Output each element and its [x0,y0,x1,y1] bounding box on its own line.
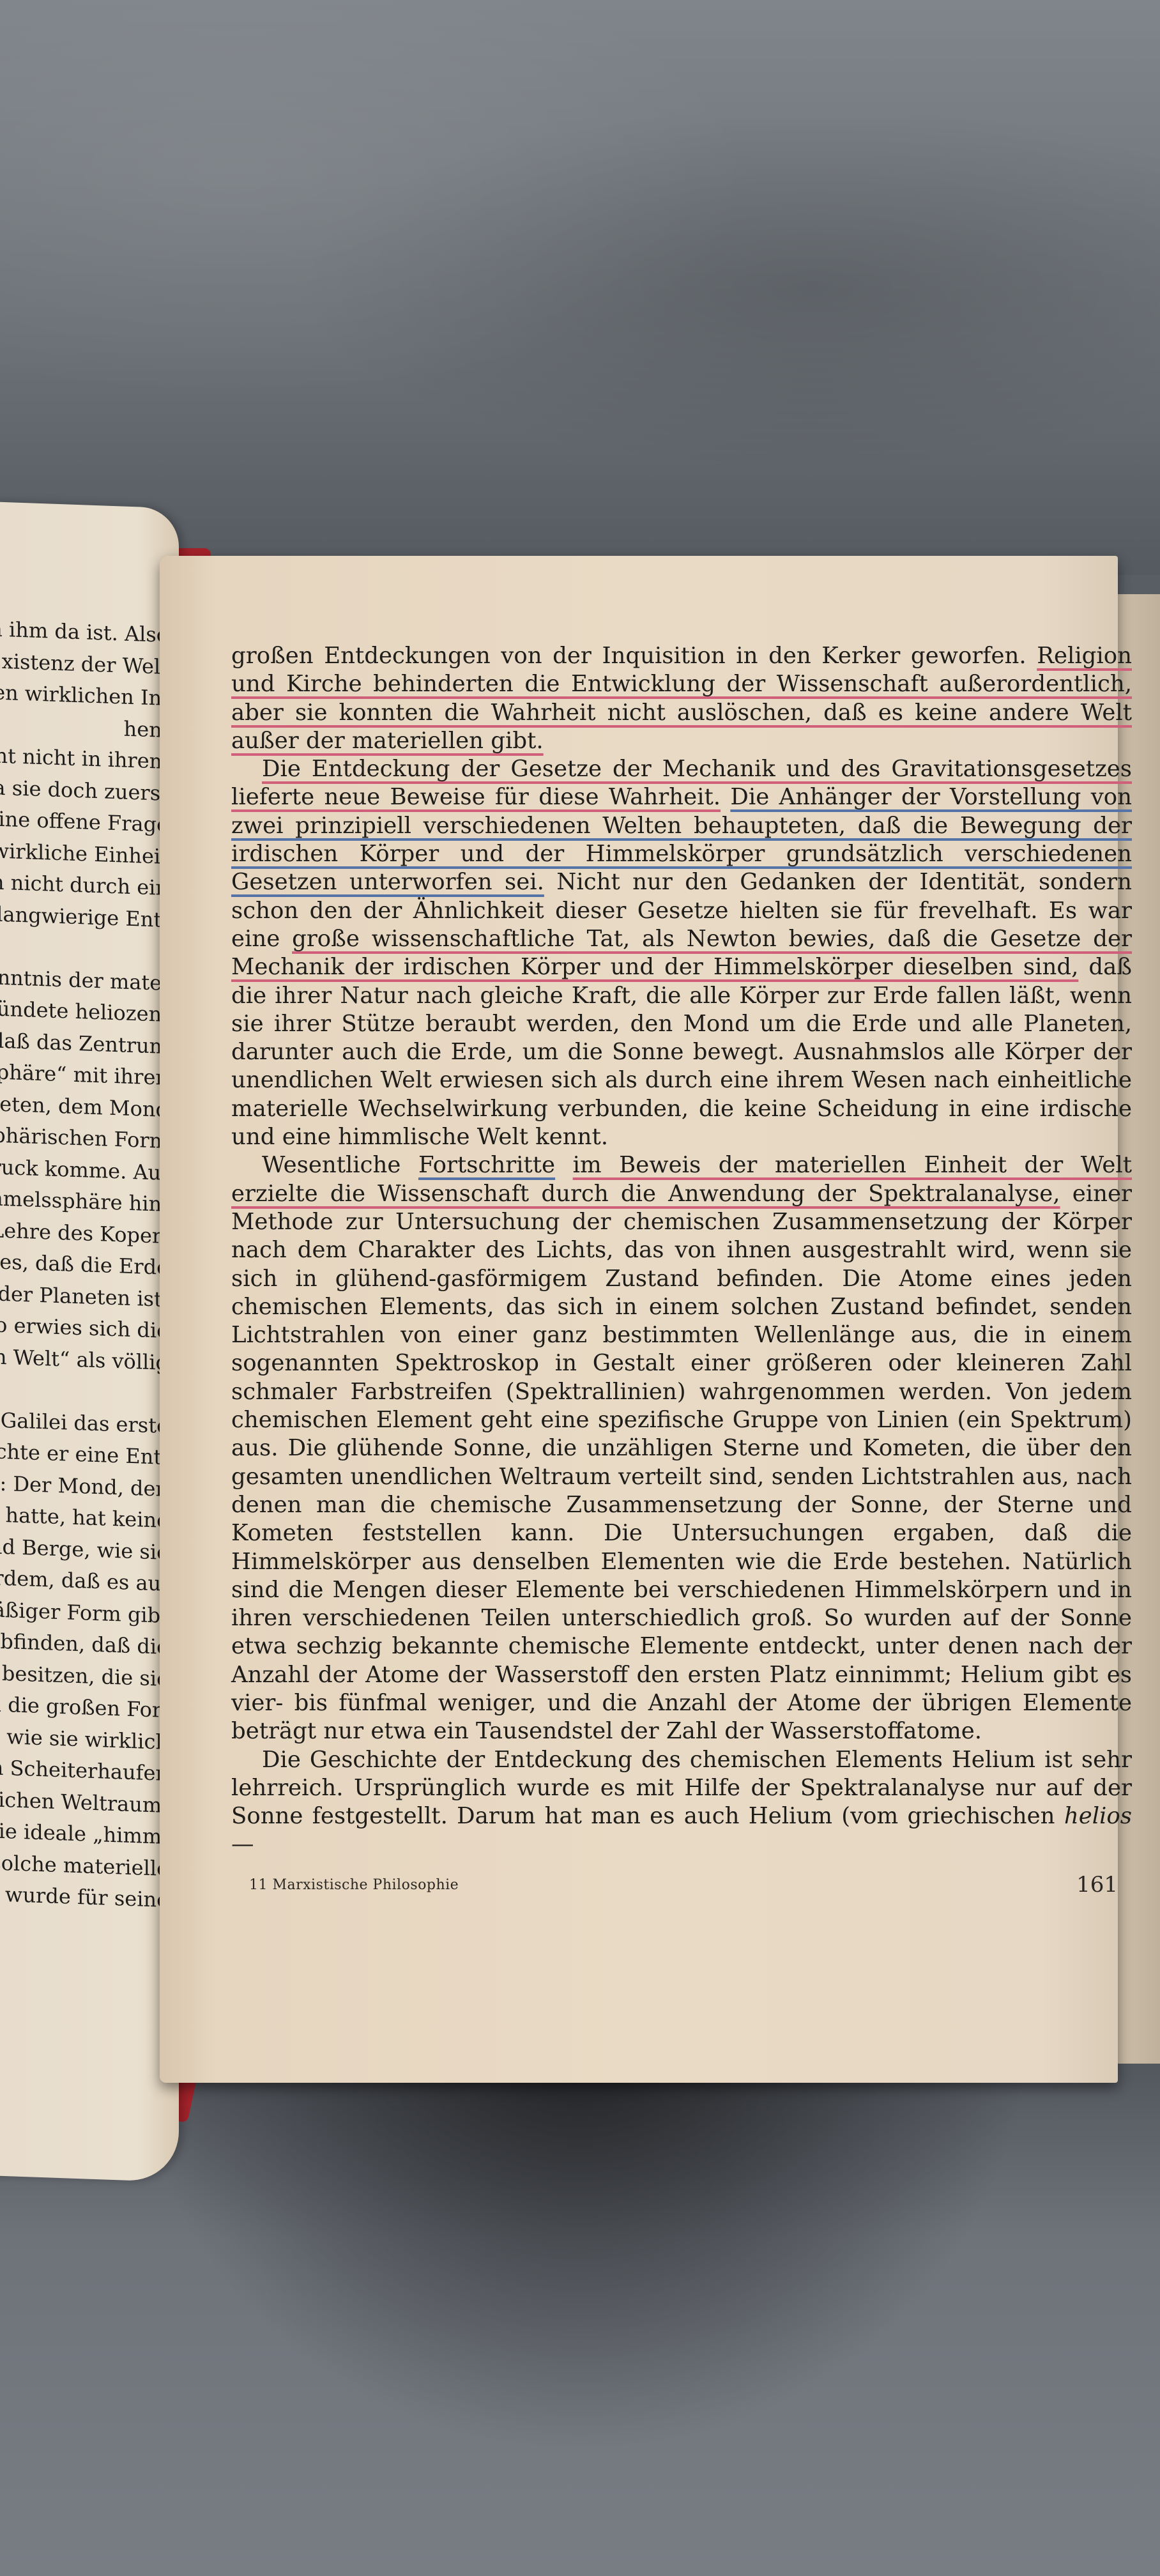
left-page-line: n ihm da ist. Also [0,617,169,647]
left-page-line: eng sphärischen Form [0,1121,169,1153]
left-page-line: l ebensolche materielle [0,1848,169,1880]
text-run [555,1152,573,1178]
signature-mark: 11 Marxistische Philosophie [249,1877,459,1893]
left-page-line: den wirklichen In- [0,680,169,710]
left-page-line: äler und Berge, wie sie [0,1531,169,1564]
left-page-line: eht nicht in ihrem [0,743,169,774]
page-number: 161 [1076,1872,1118,1897]
textured-wall-background [0,0,1160,575]
left-page-line: enheit besitzen, die sie [0,1658,169,1690]
left-page-line: nken abfinden, daß die [0,1627,169,1659]
left-page-line: auf dem Scheiterhaufen [0,1752,169,1786]
text-run: Wesentliche [262,1152,418,1178]
left-page-line: te. So erwies sich die [0,1311,169,1343]
left-page-line: Planeten, dem Mond [0,1090,169,1122]
text-run: — [231,1831,254,1857]
left-page: n ihm da ist. AlsoExistenz der Weltden w… [0,501,179,2182]
text-run: Die Geschichte der Entdeckung des chemis… [231,1747,1132,1830]
left-page-line: rsetzte: Der Mond, den [0,1468,169,1501]
left-page-line: schen Welt“ als völlig [0,1342,169,1374]
left-page-line: nd langwierige Ent- [0,900,169,931]
text-run: helios [1064,1803,1132,1829]
left-page-line: te, machte er eine Ent- [0,1437,169,1469]
left-page-line: einer der Planeten ist, [0,1279,169,1312]
left-page-line: rkenntnis der mate- [0,963,169,995]
left-page-line: elssphäre“ mit ihren [0,1058,169,1090]
left-page-line: egelmäßiger Form gibt [0,1595,169,1627]
paragraph: Die Entdeckung der Gesetze der Mechanik … [231,755,1132,1151]
left-page-line: usdruck komme. Auf [0,1153,169,1185]
left-page-line: Himmelssphäre hin- [0,1185,169,1216]
left-page-line: u sehen, wie sie wirklich [0,1721,169,1754]
text-run: einer Methode zur Untersuchung der chemi… [231,1181,1132,1745]
left-page-line: rt. Als Galilei das erste [0,1406,169,1438]
left-page-line: unendlichen Weltraum- [0,1784,169,1817]
left-page-line: n nur die ideale „himm- [0,1816,169,1849]
left-page-line: außerdem, daß es auf [0,1564,169,1596]
left-page-line: Galilei wurde für seine [0,1880,169,1912]
left-page-line: esen nicht durch ein [0,868,169,900]
left-page-line: e wirkliche Einheit [0,838,169,869]
right-page: großen Entdeckungen von der Inquisition … [160,556,1118,2083]
left-page-line: ot eine offene Frage [0,806,169,837]
left-page-line: t, da sie doch zuerst [0,774,169,805]
left-page-line: ehalten hatte, hat keine [0,1500,169,1533]
page-footer: 11 Marxistische Philosophie 161 [249,1872,1118,1897]
paragraph: Wesentliche Fortschritte im Beweis der m… [231,1151,1132,1745]
blue-underlined-text: Fortschritte [418,1152,555,1178]
paragraph: Die Geschichte der Entdeckung des chemis… [231,1746,1132,1859]
left-page-line: e gegen die großen For- [0,1689,169,1722]
left-page-line: ng, daß das Zentrum [0,1027,169,1059]
left-page-line: bewies, daß die Erde [0,1248,169,1280]
left-page-line: che Lehre des Koper- [0,1216,169,1248]
red-underlined-text: große wissenschaftliche Tat, als Newton … [231,926,1132,980]
paragraph: großen Entdeckungen von der Inquisition … [231,642,1132,755]
left-page-line: Existenz der Welt [0,648,169,679]
text-run [721,784,730,810]
text-run: daß die ihrer Natur nach gleiche Kraft, … [231,954,1132,1150]
left-page-line: begründete heliozen- [0,995,169,1027]
text-run: großen Entdeckungen von der Inquisition … [231,643,1037,669]
body-text: großen Entdeckungen von der Inquisition … [231,642,1132,1859]
